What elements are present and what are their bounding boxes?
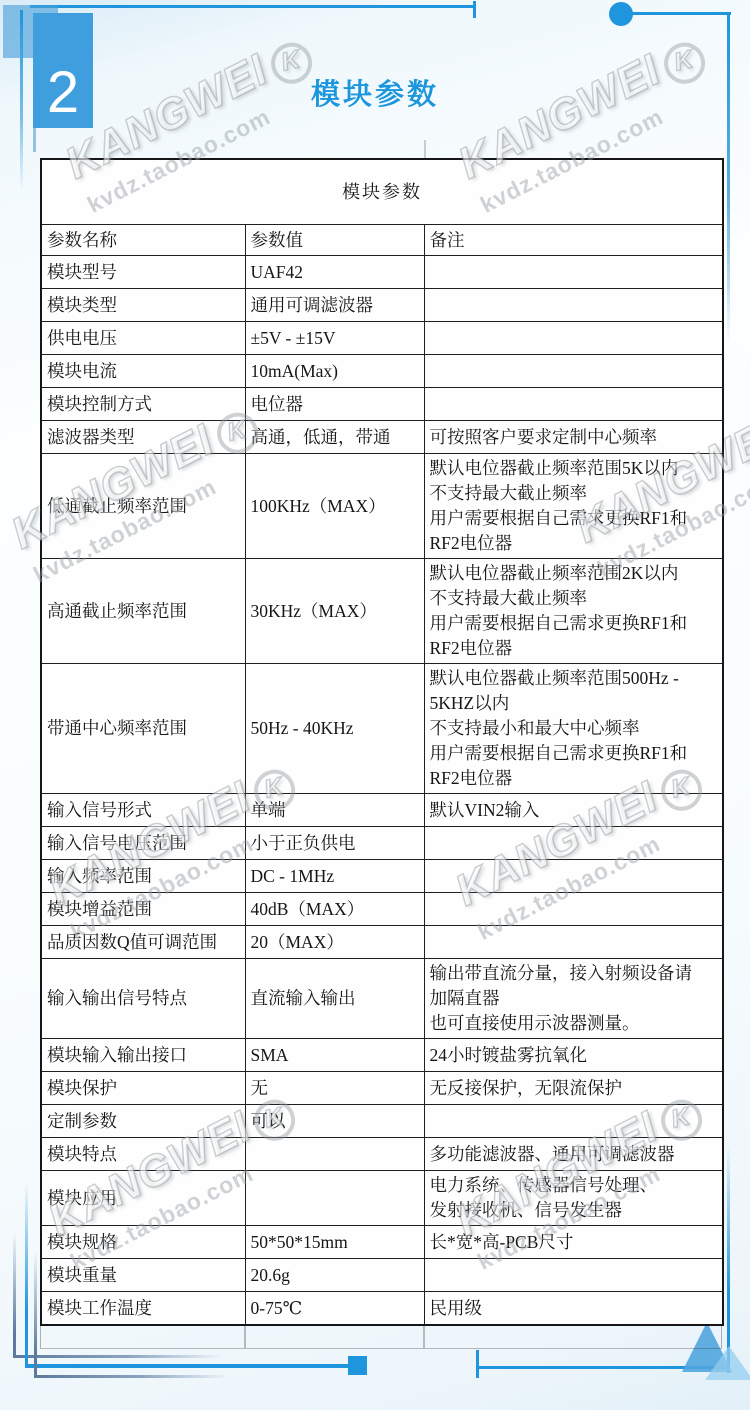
table-row: 模块重量20.6g xyxy=(41,1259,723,1292)
param-value-cell xyxy=(245,1138,424,1171)
table-row: 模块增益范围40dB（MAX） xyxy=(41,893,723,926)
param-remark-cell xyxy=(424,355,723,388)
param-remark-cell xyxy=(424,388,723,421)
table-row: 模块特点多功能滤波器、通用可调滤波器 xyxy=(41,1138,723,1171)
param-remark-cell xyxy=(424,322,723,355)
param-name-cell: 模块应用 xyxy=(41,1171,245,1226)
param-value-cell: SMA xyxy=(245,1039,424,1072)
column-header-name: 参数名称 xyxy=(41,225,245,256)
bottom-accent-square xyxy=(348,1356,367,1375)
param-name-cell: 滤波器类型 xyxy=(41,421,245,454)
param-remark-cell: 默认电位器截止频率范围5K以内不支持最大截止频率用户需要根据自己需求更换RF1和… xyxy=(424,454,723,559)
table-row: 滤波器类型高通，低通，带通可按照客户要求定制中心频率 xyxy=(41,421,723,454)
param-name-cell: 低通截止频率范围 xyxy=(41,454,245,559)
param-remark-cell: 民用级 xyxy=(424,1292,723,1326)
param-name-cell: 输入频率范围 xyxy=(41,860,245,893)
param-name-cell: 高通截止频率范围 xyxy=(41,559,245,664)
table-title: 模块参数 xyxy=(41,159,723,225)
faint-divider-tick xyxy=(424,140,426,158)
param-remark-cell: 默认电位器截止频率范围2K以内不支持最大截止频率用户需要根据自己需求更换RF1和… xyxy=(424,559,723,664)
product-spec-page: 2 模块参数 KANGWEIK kvdz.taobao.com KANGWEIK… xyxy=(0,0,750,1410)
table-row: 品质因数Q值可调范围20（MAX） xyxy=(41,926,723,959)
table-row: 输入信号电压范围小于正负供电 xyxy=(41,827,723,860)
accent-dot-line xyxy=(630,12,731,15)
param-remark-cell xyxy=(424,289,723,322)
param-name-cell: 模块重量 xyxy=(41,1259,245,1292)
table-row: 模块应用电力系统、传感器信号处理、发射接收机、信号发生器 xyxy=(41,1171,723,1226)
param-remark-cell xyxy=(424,827,723,860)
table-row: 模块电流10mA(Max) xyxy=(41,355,723,388)
table-title-row: 模块参数 xyxy=(41,159,723,225)
bottom-left-line-main-v xyxy=(25,1182,28,1368)
param-value-cell: 单端 xyxy=(245,794,424,827)
table-row: 输入信号形式单端默认VIN2输入 xyxy=(41,794,723,827)
param-remark-cell: 长*宽*高-PCB尺寸 xyxy=(424,1226,723,1259)
bottom-left-line-main-h xyxy=(25,1364,350,1368)
param-name-cell: 模块规格 xyxy=(41,1226,245,1259)
param-name-cell: 输入信号形式 xyxy=(41,794,245,827)
param-name-cell: 带通中心频率范围 xyxy=(41,664,245,794)
table-row: 供电电压±5V - ±15V xyxy=(41,322,723,355)
param-remark-cell: 无反接保护，无限流保护 xyxy=(424,1072,723,1105)
param-value-cell: DC - 1MHz xyxy=(245,860,424,893)
param-value-cell: 50*50*15mm xyxy=(245,1226,424,1259)
param-name-cell: 模块型号 xyxy=(41,256,245,289)
top-accent-line xyxy=(30,5,476,8)
triangle-accent-light xyxy=(705,1346,750,1380)
param-value-cell: UAF42 xyxy=(245,256,424,289)
param-name-cell: 模块控制方式 xyxy=(41,388,245,421)
param-name-cell: 定制参数 xyxy=(41,1105,245,1138)
param-remark-cell: 输出带直流分量，接入射频设备请加隔直器也可直接使用示波器测量。 xyxy=(424,959,723,1039)
bottom-left-line-outer-v xyxy=(13,1232,16,1358)
param-remark-cell: 可按照客户要求定制中心频率 xyxy=(424,421,723,454)
param-value-cell: 无 xyxy=(245,1072,424,1105)
param-remark-cell xyxy=(424,893,723,926)
param-remark-cell xyxy=(424,256,723,289)
param-name-cell: 模块保护 xyxy=(41,1072,245,1105)
bottom-left-line-inner-v xyxy=(34,1252,37,1378)
right-edge-line-top xyxy=(727,12,730,342)
param-value-cell: 通用可调滤波器 xyxy=(245,289,424,322)
param-name-cell: 模块特点 xyxy=(41,1138,245,1171)
param-name-cell: 模块输入输出接口 xyxy=(41,1039,245,1072)
param-remark-cell: 默认VIN2输入 xyxy=(424,794,723,827)
param-remark-cell xyxy=(424,1259,723,1292)
param-value-cell: 20（MAX） xyxy=(245,926,424,959)
table-row: 模块类型通用可调滤波器 xyxy=(41,289,723,322)
faded-column-line xyxy=(423,1325,425,1348)
table-row: 模块保护无无反接保护，无限流保护 xyxy=(41,1072,723,1105)
faded-column-line xyxy=(244,1325,246,1348)
param-name-cell: 输入输出信号特点 xyxy=(41,959,245,1039)
param-name-cell: 模块工作温度 xyxy=(41,1292,245,1326)
param-value-cell: 40dB（MAX） xyxy=(245,893,424,926)
table-row: 模块工作温度0-75℃民用级 xyxy=(41,1292,723,1326)
top-accent-tick xyxy=(473,1,476,18)
table-row: 低通截止频率范围100KHz（MAX）默认电位器截止频率范围5K以内不支持最大截… xyxy=(41,454,723,559)
param-value-cell: 直流输入输出 xyxy=(245,959,424,1039)
param-value-cell: 100KHz（MAX） xyxy=(245,454,424,559)
param-value-cell: 30KHz（MAX） xyxy=(245,559,424,664)
param-name-cell: 模块增益范围 xyxy=(41,893,245,926)
param-remark-cell: 24小时镀盐雾抗氧化 xyxy=(424,1039,723,1072)
param-value-cell: 20.6g xyxy=(245,1259,424,1292)
table-row: 输入频率范围DC - 1MHz xyxy=(41,860,723,893)
param-value-cell: 电位器 xyxy=(245,388,424,421)
param-name-cell: 模块电流 xyxy=(41,355,245,388)
bottom-right-tick xyxy=(476,1350,479,1378)
param-remark-cell: 多功能滤波器、通用可调滤波器 xyxy=(424,1138,723,1171)
params-table: 模块参数 参数名称 参数值 备注 模块型号UAF42模块类型通用可调滤波器供电电… xyxy=(40,158,724,1326)
table-row: 高通截止频率范围30KHz（MAX）默认电位器截止频率范围2K以内不支持最大截止… xyxy=(41,559,723,664)
param-value-cell: 10mA(Max) xyxy=(245,355,424,388)
param-name-cell: 模块类型 xyxy=(41,289,245,322)
param-value-cell: 可以 xyxy=(245,1105,424,1138)
column-header-remark: 备注 xyxy=(424,225,723,256)
faded-empty-row xyxy=(40,1325,722,1349)
param-name-cell: 输入信号电压范围 xyxy=(41,827,245,860)
param-value-cell: 0-75℃ xyxy=(245,1292,424,1326)
param-remark-cell xyxy=(424,1105,723,1138)
param-remark-cell: 电力系统、传感器信号处理、发射接收机、信号发生器 xyxy=(424,1171,723,1226)
param-value-cell: 50Hz - 40KHz xyxy=(245,664,424,794)
table-row: 定制参数可以 xyxy=(41,1105,723,1138)
badge-stub-line xyxy=(33,128,36,152)
param-remark-cell xyxy=(424,926,723,959)
bottom-left-line-outer-h xyxy=(13,1355,223,1358)
table-row: 模块输入输出接口SMA24小时镀盐雾抗氧化 xyxy=(41,1039,723,1072)
table-row: 输入输出信号特点直流输入输出输出带直流分量，接入射频设备请加隔直器也可直接使用示… xyxy=(41,959,723,1039)
param-value-cell: 小于正负供电 xyxy=(245,827,424,860)
bottom-left-line-inner-h xyxy=(34,1375,229,1378)
param-name-cell: 供电电压 xyxy=(41,322,245,355)
param-value-cell: 高通，低通，带通 xyxy=(245,421,424,454)
table-row: 模块规格50*50*15mm长*宽*高-PCB尺寸 xyxy=(41,1226,723,1259)
param-remark-cell xyxy=(424,860,723,893)
table-row: 带通中心频率范围50Hz - 40KHz默认电位器截止频率范围500Hz -5K… xyxy=(41,664,723,794)
table-header-row: 参数名称 参数值 备注 xyxy=(41,225,723,256)
page-title: 模块参数 xyxy=(0,72,750,113)
table-row: 模块控制方式电位器 xyxy=(41,388,723,421)
param-name-cell: 品质因数Q值可调范围 xyxy=(41,926,245,959)
column-header-value: 参数值 xyxy=(245,225,424,256)
param-value-cell xyxy=(245,1171,424,1226)
params-table-body: 模块型号UAF42模块类型通用可调滤波器供电电压±5V - ±15V模块电流10… xyxy=(41,256,723,1326)
param-value-cell: ±5V - ±15V xyxy=(245,322,424,355)
param-remark-cell: 默认电位器截止频率范围500Hz -5KHZ以内不支持最小和最大中心频率用户需要… xyxy=(424,664,723,794)
table-row: 模块型号UAF42 xyxy=(41,256,723,289)
